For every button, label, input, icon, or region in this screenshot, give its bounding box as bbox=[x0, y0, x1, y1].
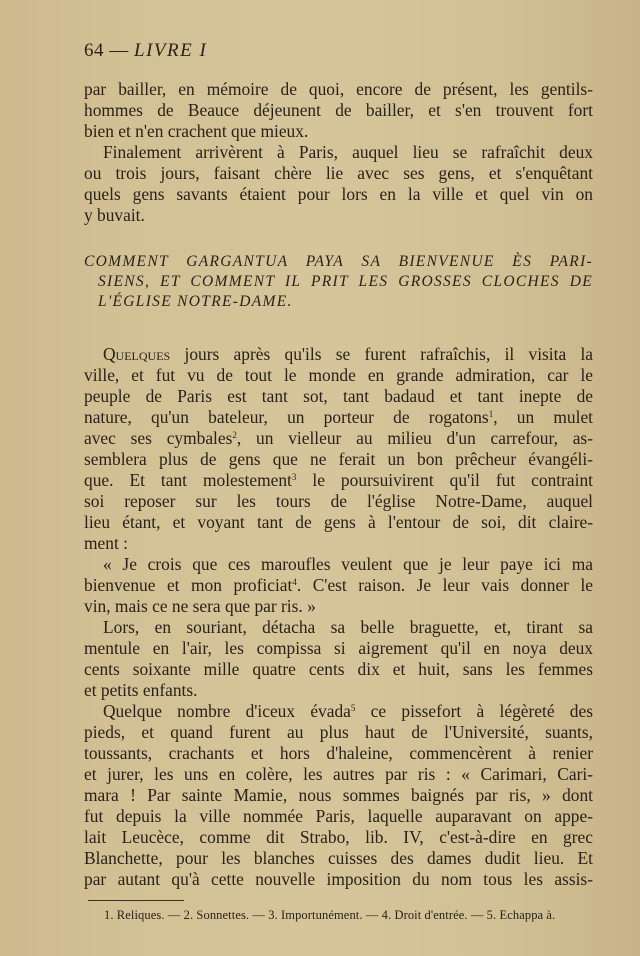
text-line: mara ! Par sainte Mamie, nous sommes bai… bbox=[84, 785, 593, 806]
text-line: Finalement arrivèrent à Paris, auquel li… bbox=[103, 142, 593, 163]
text-line: hommes de Beauce déjeunent de bailler, e… bbox=[84, 100, 593, 121]
text-line: soi reposer sur les tours de l'église No… bbox=[84, 491, 593, 512]
text-line: Lors, en souriant, détacha sa belle brag… bbox=[103, 617, 593, 638]
footnote-rule bbox=[88, 900, 184, 901]
text-line: mentule en l'air, les compissa si aigrem… bbox=[84, 638, 593, 659]
running-head-separator: — bbox=[104, 40, 134, 61]
text-line: par autant qu'à cette nouvelle impositio… bbox=[84, 869, 593, 890]
drop-word: Quelques bbox=[103, 344, 170, 364]
chapter-heading-line: SIENS, ET COMMENT IL PRIT LES GROSSES CL… bbox=[98, 272, 593, 292]
text-line: y buvait. bbox=[84, 205, 593, 226]
text-line: toussants, crachants et hors d'haleine, … bbox=[84, 743, 593, 764]
text-line: semblera plus de gens que ne ferait un b… bbox=[84, 449, 593, 470]
text-line: cents soixante mille quatre cents dix et… bbox=[84, 659, 593, 680]
text-line: avec ses cymbales2, un vielleur au milie… bbox=[84, 428, 593, 449]
text-line: et petits enfants. bbox=[84, 680, 593, 701]
text-line: par bailler, en mémoire de quoi, encore … bbox=[84, 79, 593, 100]
chapter-heading-line: COMMENT GARGANTUA PAYA SA BIENVENUE ÈS P… bbox=[84, 252, 593, 272]
text-line: bien et n'en crachent que mieux. bbox=[84, 121, 593, 142]
text-line: bienvenue et mon proficiat4. C'est raiso… bbox=[84, 575, 593, 596]
text-line: lieu étant, et voyant tant de gens à l'e… bbox=[84, 512, 593, 533]
running-head-title: LIVRE I bbox=[134, 40, 207, 61]
page-number: 64 bbox=[84, 40, 104, 61]
text-line: ville, et fut vu de tout le monde en gra… bbox=[84, 365, 593, 386]
footnotes: 1. Reliques. — 2. Sonnettes. — 3. Import… bbox=[104, 908, 594, 923]
text-line: quels gens savants étaient pour lors en … bbox=[84, 184, 593, 205]
text-line: ou trois jours, faisant chère lie avec s… bbox=[84, 163, 593, 184]
text-line: Quelques jours après qu'ils se furent ra… bbox=[103, 344, 593, 365]
text-line: et jurer, les uns en colère, les autres … bbox=[84, 764, 593, 785]
text-line: lait Leucèce, comme dit Strabo, lib. IV,… bbox=[84, 827, 593, 848]
text-line: Quelque nombre d'iceux évada5 ce pissefo… bbox=[103, 701, 593, 722]
text-line: peuple de Paris est tant sot, tant badau… bbox=[84, 386, 593, 407]
text-line: que. Et tant molestement3 le poursuivire… bbox=[84, 470, 593, 491]
chapter-heading-line: L'ÉGLISE NOTRE-DAME. bbox=[98, 292, 593, 312]
text-line: pieds, et quand furent au plus haut de l… bbox=[84, 722, 593, 743]
text-line: vin, mais ce ne sera que par ris. » bbox=[84, 596, 593, 617]
text-line: ment : bbox=[84, 533, 593, 554]
running-head: 64 — LIVRE I bbox=[84, 40, 207, 62]
text-line: fut depuis la ville nommée Paris, laquel… bbox=[84, 806, 593, 827]
book-page: 64 — LIVRE I par bailler, en mémoire de … bbox=[0, 0, 640, 956]
text-line: nature, qu'un bateleur, un porteur de ro… bbox=[84, 407, 593, 428]
text-line: « Je crois que ces maroufles veulent que… bbox=[103, 554, 593, 575]
text-line: Blanchette, pour les blanches cuisses de… bbox=[84, 848, 593, 869]
